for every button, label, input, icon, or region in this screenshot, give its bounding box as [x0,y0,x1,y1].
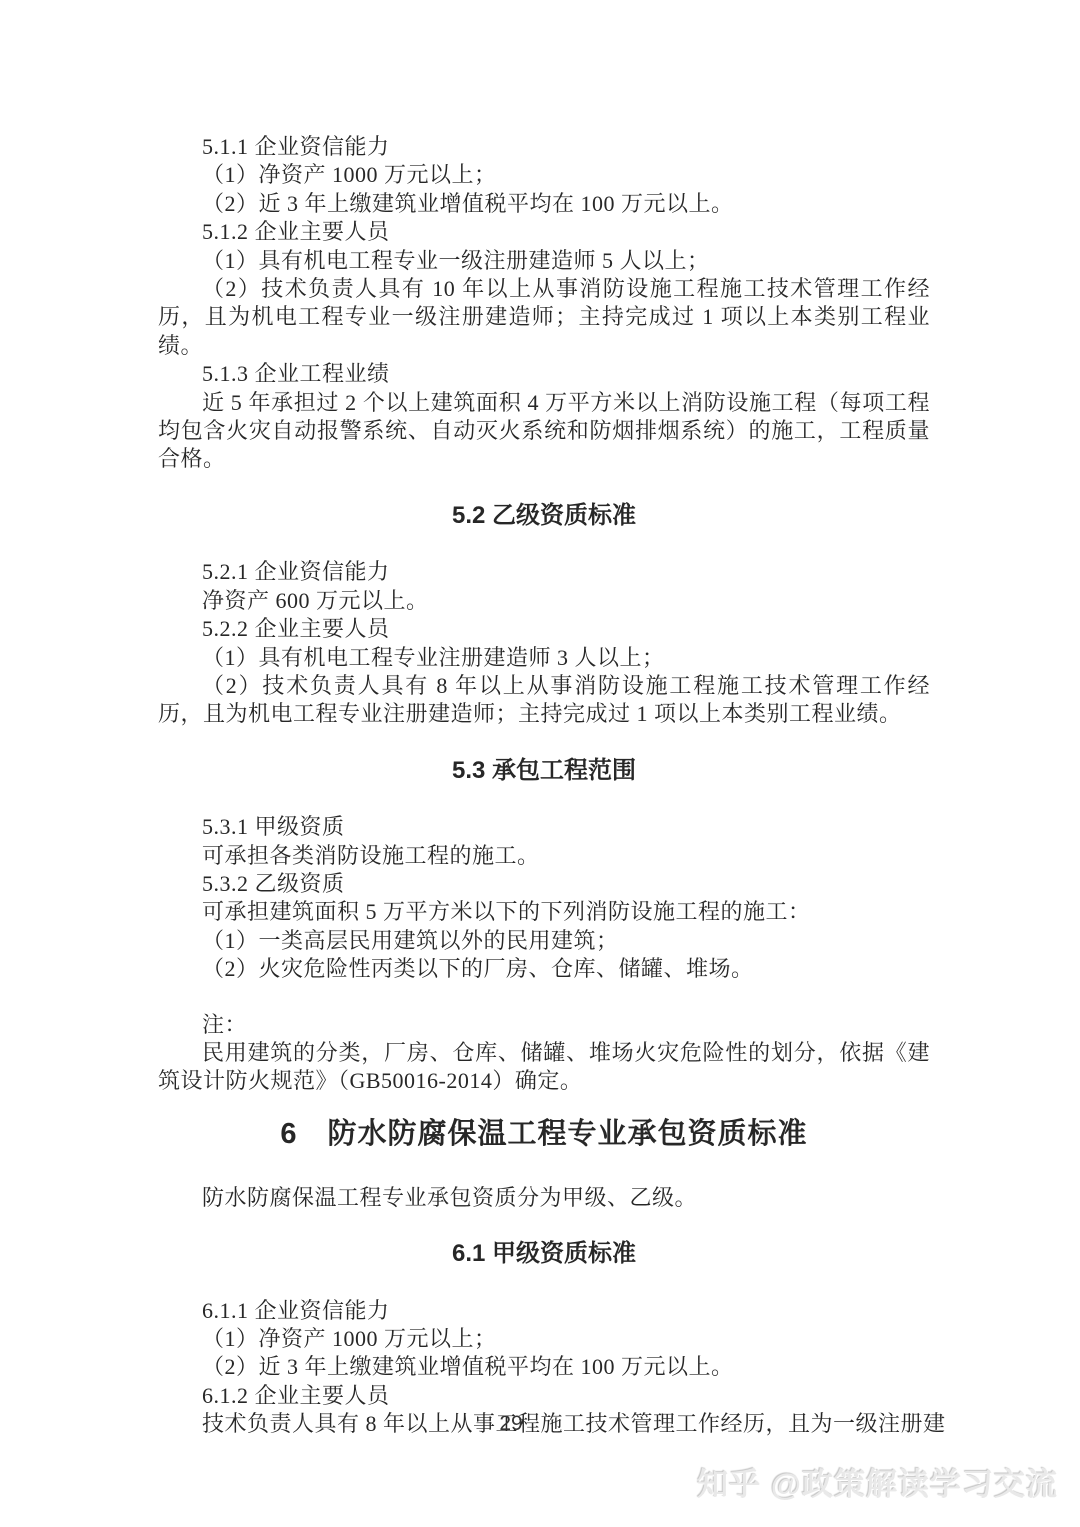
heading-chapter-6: 6 防水防腐保温工程专业承包资质标准 [158,1117,930,1151]
para-6-1-2-text: 技术负责人具有 8 年以上从事工程施工技术管理工作经历，且为一级注册建 [158,1410,930,1438]
para-5-1-1-title: 5.1.1 企业资信能力 [158,133,930,161]
para-5-2-1-title: 5.2.1 企业资信能力 [158,558,930,586]
para-6-1-1-item-2: （2）近 3 年上缴建筑业增值税平均在 100 万元以上。 [158,1353,930,1381]
para-5-2-2-item-2: （2）技术负责人具有 8 年以上从事消防设施工程施工技术管理工作经历，且为机电工… [158,672,930,729]
para-5-3-2-text: 可承担建筑面积 5 万平方米以下的下列消防设施工程的施工： [158,898,930,926]
para-5-1-2-item-1: （1）具有机电工程专业一级注册建造师 5 人以上； [158,247,930,275]
para-5-1-1-item-1: （1）净资产 1000 万元以上； [158,161,930,189]
para-5-2-2-item-1: （1）具有机电工程专业注册建造师 3 人以上； [158,644,930,672]
heading-5-3: 5.3 承包工程范围 [158,757,930,785]
para-5-1-3-title: 5.1.3 企业工程业绩 [158,360,930,388]
para-ch6-intro: 防水防腐保温工程专业承包资质分为甲级、乙级。 [158,1184,930,1212]
para-5-3-2-item-1: （1）一类高层民用建筑以外的民用建筑； [158,927,930,955]
para-5-1-2-title: 5.1.2 企业主要人员 [158,218,930,246]
document-content: 5.1.1 企业资信能力 （1）净资产 1000 万元以上； （2）近 3 年上… [158,133,930,1439]
page-number: 29 [486,1412,536,1436]
para-5-1-1-item-2: （2）近 3 年上缴建筑业增值税平均在 100 万元以上。 [158,190,930,218]
watermark: 知乎 @政策解读学习交流 [697,1459,1058,1504]
para-5-2-1-text: 净资产 600 万元以上。 [158,587,930,615]
para-5-3-2-title: 5.3.2 乙级资质 [158,870,930,898]
para-5-1-3-text: 近 5 年承担过 2 个以上建筑面积 4 万平方米以上消防设施工程（每项工程均包… [158,389,930,474]
para-6-1-1-item-1: （1）净资产 1000 万元以上； [158,1325,930,1353]
para-5-3-1-title: 5.3.1 甲级资质 [158,813,930,841]
para-5-3-1-text: 可承担各类消防设施工程的施工。 [158,842,930,870]
document-page: 5.1.1 企业资信能力 （1）净资产 1000 万元以上； （2）近 3 年上… [0,0,1080,1527]
para-6-1-2-title: 6.1.2 企业主要人员 [158,1382,930,1410]
para-6-1-1-title: 6.1.1 企业资信能力 [158,1297,930,1325]
para-5-3-2-item-2: （2）火灾危险性丙类以下的厂房、仓库、储罐、堆场。 [158,955,930,983]
heading-5-2: 5.2 乙级资质标准 [158,502,930,530]
para-5-1-2-item-2: （2）技术负责人具有 10 年以上从事消防设施工程施工技术管理工作经历，且为机电… [158,275,930,360]
note-label: 注： [158,1011,930,1039]
para-5-2-2-title: 5.2.2 企业主要人员 [158,615,930,643]
heading-6-1: 6.1 甲级资质标准 [158,1240,930,1268]
note-text: 民用建筑的分类，厂房、仓库、储罐、堆场火灾危险性的划分，依据《建筑设计防火规范》… [158,1039,930,1096]
